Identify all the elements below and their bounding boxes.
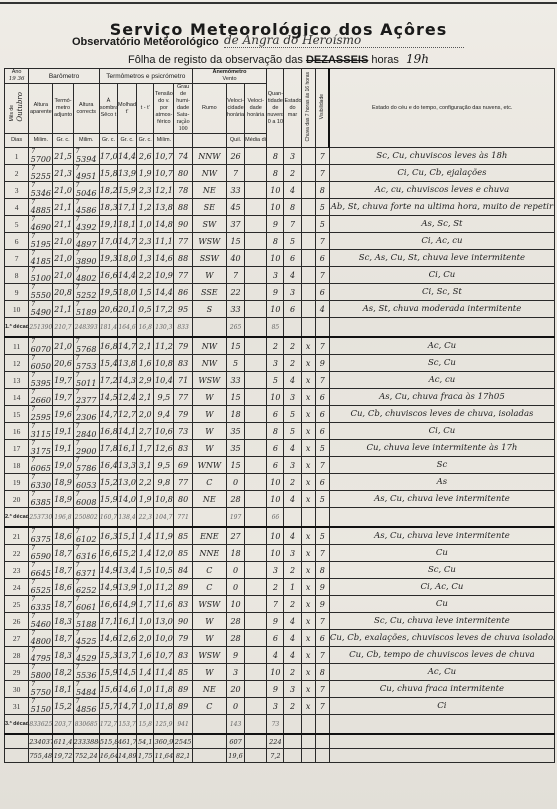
sum-vap: 130,3	[154, 318, 174, 338]
cell-bc: 72306	[73, 406, 99, 423]
cell-cloud: 3	[267, 267, 284, 284]
cell-diff: 1,2	[137, 199, 154, 216]
sum-wet: 164,6	[118, 318, 137, 338]
cell-bt: 18,2	[53, 664, 73, 681]
cell-visibility: 7	[315, 681, 329, 698]
cell-hum: 85	[174, 527, 192, 545]
sum-spd-avg	[245, 715, 267, 735]
cell-dir: WSW	[192, 596, 226, 613]
cell-sea: 4	[284, 613, 301, 630]
cell-rain: x	[301, 698, 315, 715]
table-row: 137539519,77501117,214,32,910,471WSW3354…	[5, 372, 555, 389]
cell-hum: 90	[174, 216, 192, 233]
cell-remark: Sc, Cu, chuva leve intermitente	[329, 613, 554, 630]
cell-bc: 74856	[73, 698, 99, 715]
cell-hum: 89	[174, 698, 192, 715]
decade-summary-row: 2.ª década253730196,8250802160,7138,422,…	[5, 508, 555, 528]
total-row: 2340375611,42333880515,8461,754,1360,925…	[5, 734, 555, 749]
unit-mm: Milim.	[73, 134, 99, 148]
cell-bc: 73890	[73, 250, 99, 267]
cell-rain: x	[301, 613, 315, 630]
cell-cloud: 6	[267, 457, 284, 474]
cell-spd: 37	[226, 216, 244, 233]
cell-wet: 14,6	[118, 681, 137, 698]
value: 5536	[74, 671, 99, 680]
cell-vap: 10,7	[154, 647, 174, 664]
cell-bc: 75252	[73, 284, 99, 301]
cell-spd: 7	[226, 165, 244, 182]
cell-visibility: 7	[315, 698, 329, 715]
cell-vap: 9,8	[154, 474, 174, 491]
cell-dir: NW	[192, 165, 226, 182]
cell-spd: 40	[226, 250, 244, 267]
cell-spd: 9	[226, 647, 244, 664]
decade-label: 1.ª década	[5, 318, 29, 338]
cell-dry: 15,7	[99, 698, 117, 715]
total-vis	[315, 749, 329, 763]
cell-diff: 0,5	[137, 301, 154, 318]
cell-cloud: 6	[267, 630, 284, 647]
cell-sea: 7	[284, 216, 301, 233]
value: 4795	[29, 654, 52, 663]
cell-hum: 77	[174, 233, 192, 250]
cell-spd-avg	[245, 630, 267, 647]
sum-cloud: 66	[267, 508, 284, 528]
total-spd: 607	[226, 734, 244, 749]
cell-spd-avg	[245, 355, 267, 372]
cell-visibility: 8	[315, 664, 329, 681]
cell-cloud: 8	[267, 165, 284, 182]
cell-sea: 4	[284, 491, 301, 508]
cell-bc: 76102	[73, 527, 99, 545]
cell-dir: W	[192, 267, 226, 284]
cell-rain: x	[301, 562, 315, 579]
total-vap: 11,64	[154, 749, 174, 763]
remarks-header: Estado do céu e do tempo, configuração d…	[329, 69, 554, 148]
cell-wet: 14,7	[118, 233, 137, 250]
cell-dry: 19,5	[99, 284, 117, 301]
cell-rain: x	[301, 440, 315, 457]
cell-cloud: 3	[267, 698, 284, 715]
cell-dir: W	[192, 664, 226, 681]
cell-baro: 74885	[29, 199, 53, 216]
cell-rain: x	[301, 457, 315, 474]
cell-cloud: 7	[267, 596, 284, 613]
value: 4885	[29, 206, 52, 215]
cell-spd-avg	[245, 182, 267, 199]
cell-wet: 13,3	[118, 457, 137, 474]
value: 5753	[74, 362, 99, 371]
cell-baro: 76525	[29, 579, 53, 596]
cell-baro: 76050	[29, 355, 53, 372]
day-number: 8	[5, 267, 29, 284]
cell-diff: 1,7	[137, 596, 154, 613]
cell-bt: 21,5	[53, 148, 73, 165]
cell-remark: As, St, chuva moderada intermitente	[329, 301, 554, 318]
cell-sea: 2	[284, 355, 301, 372]
cell-baro: 75550	[29, 284, 53, 301]
humidity-header: Grau de humi-dadeSatu-ração 100	[174, 84, 192, 134]
cell-diff: 1,6	[137, 647, 154, 664]
cell-vap: 17,2	[154, 301, 174, 318]
table-row: 247652518,67625214,913,91,011,289C021x9C…	[5, 579, 555, 596]
total-label	[5, 749, 29, 763]
cell-dry: 20,6	[99, 301, 117, 318]
cell-sea: 8	[284, 199, 301, 216]
day-number: 26	[5, 613, 29, 630]
total-bc: 752,24	[73, 749, 99, 763]
cell-visibility: 8	[315, 182, 329, 199]
cell-bc: 75188	[73, 613, 99, 630]
cell-vap: 14,8	[154, 216, 174, 233]
cell-hum: 85	[174, 545, 192, 562]
value: 4392	[74, 223, 99, 232]
cell-hum: 89	[174, 579, 192, 596]
cell-wet: 16,1	[118, 440, 137, 457]
sum-vap: 104,7	[154, 508, 174, 528]
cell-dry: 16,8	[99, 423, 117, 440]
cell-vap: 11,6	[154, 596, 174, 613]
cell-spd: 0	[226, 698, 244, 715]
cell-spd: 15	[226, 233, 244, 250]
cell-hum: 83	[174, 647, 192, 664]
cell-visibility: 5	[315, 440, 329, 457]
cell-rain	[301, 233, 315, 250]
sea-header: Estado do mar	[284, 69, 301, 148]
day-number: 24	[5, 579, 29, 596]
cell-spd: 22	[226, 284, 244, 301]
cell-vap: 10,8	[154, 491, 174, 508]
cell-visibility: 4	[315, 301, 329, 318]
cell-sea: 2	[284, 562, 301, 579]
unit-blank	[192, 134, 226, 148]
cell-baro: 76330	[29, 474, 53, 491]
sum-remark	[329, 508, 554, 528]
cell-sea: 6	[284, 250, 301, 267]
cell-baro: 74185	[29, 250, 53, 267]
cell-spd-avg	[245, 596, 267, 613]
value: 5252	[74, 291, 99, 300]
cell-wet: 18,0	[118, 284, 137, 301]
value: 4586	[74, 206, 99, 215]
sum-sea	[284, 318, 301, 338]
cell-rain: x	[301, 389, 315, 406]
cell-cloud: 3	[267, 562, 284, 579]
cell-cloud: 10	[267, 182, 284, 199]
unit-gc: Gr. c.	[137, 134, 154, 148]
cell-hum: 83	[174, 440, 192, 457]
cell-remark: Ac, Cu	[329, 664, 554, 681]
cell-dry: 15,8	[99, 165, 117, 182]
day-number: 14	[5, 389, 29, 406]
cell-wet: 13,9	[118, 165, 137, 182]
cell-spd: 35	[226, 423, 244, 440]
cell-cloud: 10	[267, 527, 284, 545]
cell-dry: 15,9	[99, 664, 117, 681]
cell-hum: 77	[174, 389, 192, 406]
cell-bt: 18,3	[53, 613, 73, 630]
cell-spd-avg	[245, 267, 267, 284]
cell-remark: Ci, Cu	[329, 423, 554, 440]
cell-spd: 18	[226, 406, 244, 423]
cell-dry: 17,8	[99, 440, 117, 457]
cell-hum: 73	[174, 423, 192, 440]
cell-rain	[301, 165, 315, 182]
sum-dir	[192, 318, 226, 338]
cell-diff: 1,3	[137, 250, 154, 267]
cell-bc: 72900	[73, 440, 99, 457]
value: 5189	[74, 308, 99, 317]
total-sea	[284, 734, 301, 749]
cell-bt: 21,0	[53, 182, 73, 199]
value: 5460	[29, 620, 52, 629]
total-bt: 19,72	[53, 749, 73, 763]
sum-hum: 833	[174, 318, 192, 338]
cell-wet: 13,9	[118, 579, 137, 596]
cell-sea: 4	[284, 630, 301, 647]
value: 5750	[29, 688, 52, 697]
cell-baro: 75460	[29, 613, 53, 630]
cell-vap: 10,7	[154, 148, 174, 165]
cell-spd: 0	[226, 579, 244, 596]
cell-visibility: 6	[315, 389, 329, 406]
sheet-subtitle: Fôlha de registo da observação das DEZAS…	[0, 52, 557, 66]
cell-bc: 76053	[73, 474, 99, 491]
cell-spd: 15	[226, 389, 244, 406]
cell-visibility: 7	[315, 613, 329, 630]
value: 5346	[29, 189, 52, 198]
table-row: 77418521,07389019,318,01,314,688SSW40106…	[5, 250, 555, 267]
day-number: 3	[5, 182, 29, 199]
cell-sea: 5	[284, 423, 301, 440]
cell-sea: 5	[284, 406, 301, 423]
cell-dry: 15,3	[99, 647, 117, 664]
cell-diff: 1,4	[137, 664, 154, 681]
cell-dry: 15,9	[99, 491, 117, 508]
cell-dir: NW	[192, 337, 226, 355]
cell-cloud: 10	[267, 250, 284, 267]
cell-baro: 76070	[29, 337, 53, 355]
cell-bc: 75394	[73, 148, 99, 165]
cell-remark: Ci, Cu	[329, 267, 554, 284]
cell-spd-avg	[245, 250, 267, 267]
barometer-header: Barômetro	[29, 69, 100, 84]
cell-baro: 76590	[29, 545, 53, 562]
cell-bt: 15,2	[53, 698, 73, 715]
cell-spd: 33	[226, 372, 244, 389]
cell-bc: 76008	[73, 491, 99, 508]
cell-vap: 10,4	[154, 372, 174, 389]
cell-rain	[301, 199, 315, 216]
cell-hum: 84	[174, 562, 192, 579]
cell-visibility: 6	[315, 474, 329, 491]
cloud-header: Quan-tidade de nuvens 0 a 10	[267, 69, 284, 148]
cell-dry: 15,6	[99, 681, 117, 698]
cell-spd: 33	[226, 301, 244, 318]
cell-bt: 21,0	[53, 250, 73, 267]
cell-hum: 90	[174, 613, 192, 630]
cell-bt: 18,6	[53, 527, 73, 545]
cell-bc: 75786	[73, 457, 99, 474]
cell-remark: Ci	[329, 698, 554, 715]
sum-bt: 203,7	[53, 715, 73, 735]
cell-baro: 73175	[29, 440, 53, 457]
cell-spd-avg	[245, 301, 267, 318]
cell-hum: 71	[174, 372, 192, 389]
total-diff: 1,75	[137, 749, 154, 763]
unit-blank	[174, 134, 192, 148]
cell-cloud: 10	[267, 199, 284, 216]
cell-vap: 12,1	[154, 182, 174, 199]
cell-spd: 7	[226, 267, 244, 284]
table-row: 267546018,37518817,116,11,013,090W2894x7…	[5, 613, 555, 630]
cell-bt: 18,7	[53, 596, 73, 613]
cell-visibility: 6	[315, 630, 329, 647]
cell-bc: 74897	[73, 233, 99, 250]
cell-vap: 10,9	[154, 267, 174, 284]
value: 4856	[74, 705, 99, 714]
cell-sea: 5	[284, 233, 301, 250]
value: 5800	[29, 671, 52, 680]
cell-diff: 2,2	[137, 267, 154, 284]
cell-rain: x	[301, 474, 315, 491]
value: 6070	[29, 345, 52, 354]
sum-hum: 941	[174, 715, 192, 735]
cell-wet: 14,4	[118, 267, 137, 284]
sum-dry: 160,7	[99, 508, 117, 528]
unit-mm: Milim.	[29, 134, 53, 148]
cell-cloud: 8	[267, 233, 284, 250]
total-diff: 54,1	[137, 734, 154, 749]
value: 5394	[74, 155, 99, 164]
cell-diff: 1,4	[137, 545, 154, 562]
cell-bt: 18,7	[53, 630, 73, 647]
cell-vap: 10,8	[154, 355, 174, 372]
day-number: 16	[5, 423, 29, 440]
anemometer-header: AnemómetroVento	[192, 69, 267, 84]
cell-vap: 11,2	[154, 337, 174, 355]
cell-visibility: 5	[315, 527, 329, 545]
unit-gc: Gr. c.	[99, 134, 117, 148]
cell-spd-avg	[245, 372, 267, 389]
cell-vap: 11,1	[154, 233, 174, 250]
cell-spd-avg	[245, 613, 267, 630]
cell-dry: 16,6	[99, 596, 117, 613]
wet-header: Molhado t'	[118, 84, 137, 134]
cell-dir: NE	[192, 681, 226, 698]
cell-spd-avg	[245, 474, 267, 491]
cell-dry: 17,2	[99, 372, 117, 389]
sum-baro: 833625	[29, 715, 53, 735]
cell-spd: 27	[226, 527, 244, 545]
value: 5011	[74, 379, 99, 388]
cell-dir: NW	[192, 355, 226, 372]
cell-baro: 75195	[29, 233, 53, 250]
total-cloud: 7,2	[267, 749, 284, 763]
diff-header: t - t'	[137, 84, 154, 134]
cell-baro: 72660	[29, 389, 53, 406]
cell-hum: 83	[174, 596, 192, 613]
cell-sea: 4	[284, 182, 301, 199]
total-hum: 82,1	[174, 749, 192, 763]
observation-table: Ano19 36 Barômetro Termômetros e psicróm…	[4, 68, 555, 763]
total-spd: 19,6	[226, 749, 244, 763]
cell-diff: 1,5	[137, 284, 154, 301]
cell-cloud: 9	[267, 216, 284, 233]
cell-dir: W	[192, 389, 226, 406]
cell-dir: W	[192, 440, 226, 457]
cell-rain: x	[301, 406, 315, 423]
value: 6316	[74, 552, 99, 561]
cell-vap: 11,9	[154, 527, 174, 545]
day-number: 27	[5, 630, 29, 647]
table-row: 237664518,77637114,913,41,510,584C032x8S…	[5, 562, 555, 579]
cell-bt: 18,7	[53, 545, 73, 562]
sum-bt: 196,8	[53, 508, 73, 528]
day-number: 12	[5, 355, 29, 372]
value: 2377	[74, 396, 99, 405]
cell-rain: x	[301, 527, 315, 545]
cell-wet: 16,1	[118, 613, 137, 630]
cell-diff: 2,1	[137, 389, 154, 406]
cell-remark: Ci, Sc, St	[329, 284, 554, 301]
total-remark	[329, 749, 554, 763]
value: 5490	[29, 308, 52, 317]
cell-dry: 15,2	[99, 474, 117, 491]
cell-spd-avg	[245, 562, 267, 579]
cell-bc: 75011	[73, 372, 99, 389]
day-number: 31	[5, 698, 29, 715]
total-baro: 755,48	[29, 749, 53, 763]
unit-gc: Gr. c.	[118, 134, 137, 148]
cell-dir: NNE	[192, 545, 226, 562]
value: 2840	[74, 430, 99, 439]
cell-wet: 14,1	[118, 423, 137, 440]
cell-wet: 12,7	[118, 406, 137, 423]
sum-cloud: 85	[267, 318, 284, 338]
cell-bc: 74392	[73, 216, 99, 233]
table-row: 57469021,17439219,118,11,014,890SW37975A…	[5, 216, 555, 233]
cell-spd: 45	[226, 199, 244, 216]
table-row: 87510021,07480216,614,42,210,977W7347Ci,…	[5, 267, 555, 284]
day-number: 9	[5, 284, 29, 301]
cell-sea: 4	[284, 647, 301, 664]
value: 6375	[29, 535, 52, 544]
cell-spd: 28	[226, 491, 244, 508]
observatory-label: Observatório Meteorológico	[72, 36, 219, 48]
sum-spd-avg	[245, 508, 267, 528]
cell-rain: x	[301, 545, 315, 562]
cell-hum: 74	[174, 148, 192, 165]
cell-dir: SE	[192, 199, 226, 216]
cell-bc: 76252	[73, 579, 99, 596]
cell-diff: 2,2	[137, 474, 154, 491]
cell-sea: 4	[284, 372, 301, 389]
value: 5786	[74, 464, 99, 473]
cell-rain: x	[301, 372, 315, 389]
day-number: 19	[5, 474, 29, 491]
value: 6645	[29, 569, 52, 578]
cell-remark: Ac, Cu	[329, 337, 554, 355]
speed-header: Veloci-cidade horária	[226, 84, 244, 134]
cell-dir: W	[192, 630, 226, 647]
cell-dir: WNW	[192, 457, 226, 474]
table-row: 277480018,77452514,612,62,010,079W2864x6…	[5, 630, 555, 647]
top-rule	[0, 2, 557, 4]
value: 5700	[29, 155, 52, 164]
cell-hum: 86	[174, 284, 192, 301]
cell-cloud: 10	[267, 545, 284, 562]
